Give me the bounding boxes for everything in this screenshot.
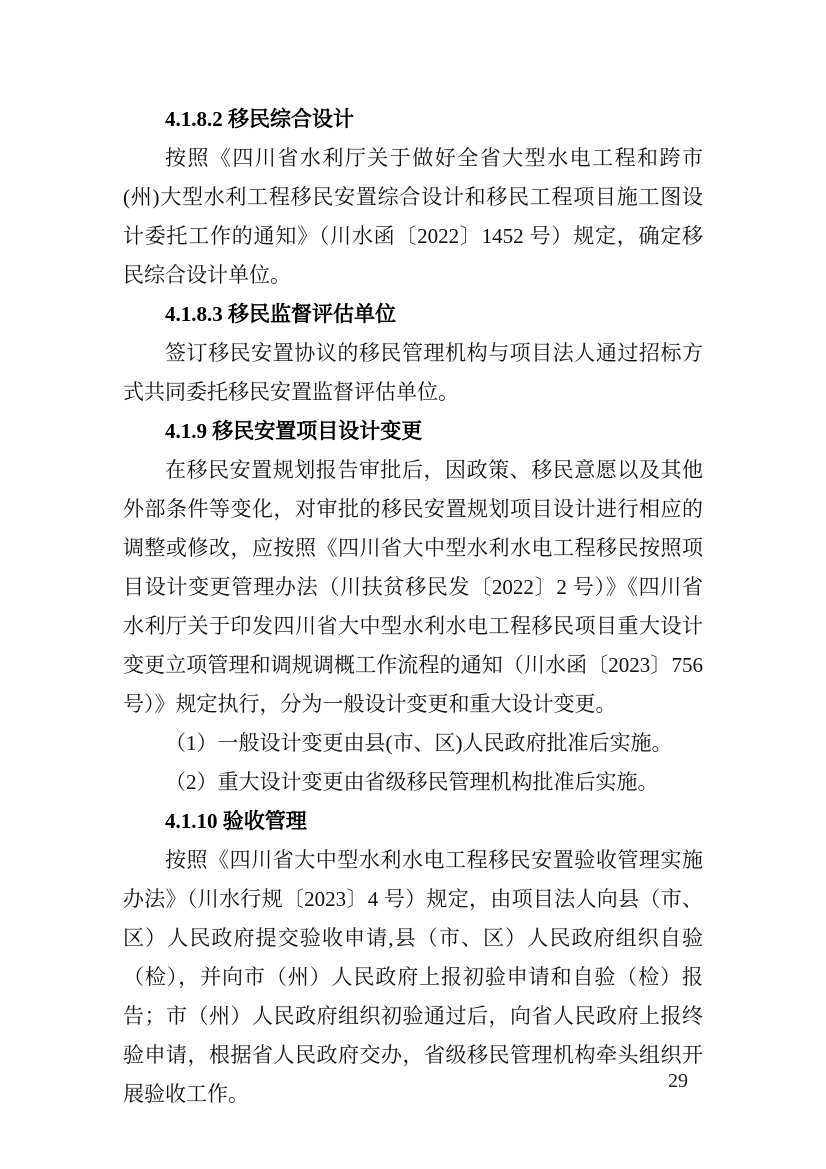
page-number: 29 (668, 1066, 688, 1096)
paragraph-4-1-10-body: 按照《四川省大中型水利水电工程移民安置验收管理实施办法》（川水行规〔2023〕4… (123, 841, 703, 1114)
list-item-1: （1）一般设计变更由县(市、区)人民政府批准后实施。 (123, 724, 703, 763)
paragraph-4-1-8-3-body: 签订移民安置协议的移民管理机构与项目法人通过招标方式共同委托移民安置监督评估单位… (123, 334, 703, 412)
list-item-2: （2）重大设计变更由省级移民管理机构批准后实施。 (123, 763, 703, 802)
paragraph-4-1-8-2-body: 按照《四川省水利厅关于做好全省大型水电工程和跨市(州)大型水利工程移民安置综合设… (123, 139, 703, 295)
section-heading-4-1-8-2: 4.1.8.2 移民综合设计 (123, 100, 703, 139)
section-heading-4-1-10: 4.1.10 验收管理 (123, 802, 703, 841)
section-heading-4-1-8-3: 4.1.8.3 移民监督评估单位 (123, 295, 703, 334)
paragraph-4-1-9-body: 在移民安置规划报告审批后，因政策、移民意愿以及其他外部条件等变化，对审批的移民安… (123, 451, 703, 724)
document-body: 4.1.8.2 移民综合设计 按照《四川省水利厅关于做好全省大型水电工程和跨市(… (123, 100, 703, 1114)
section-heading-4-1-9: 4.1.9 移民安置项目设计变更 (123, 412, 703, 451)
document-page: 4.1.8.2 移民综合设计 按照《四川省水利厅关于做好全省大型水电工程和跨市(… (0, 0, 826, 1169)
